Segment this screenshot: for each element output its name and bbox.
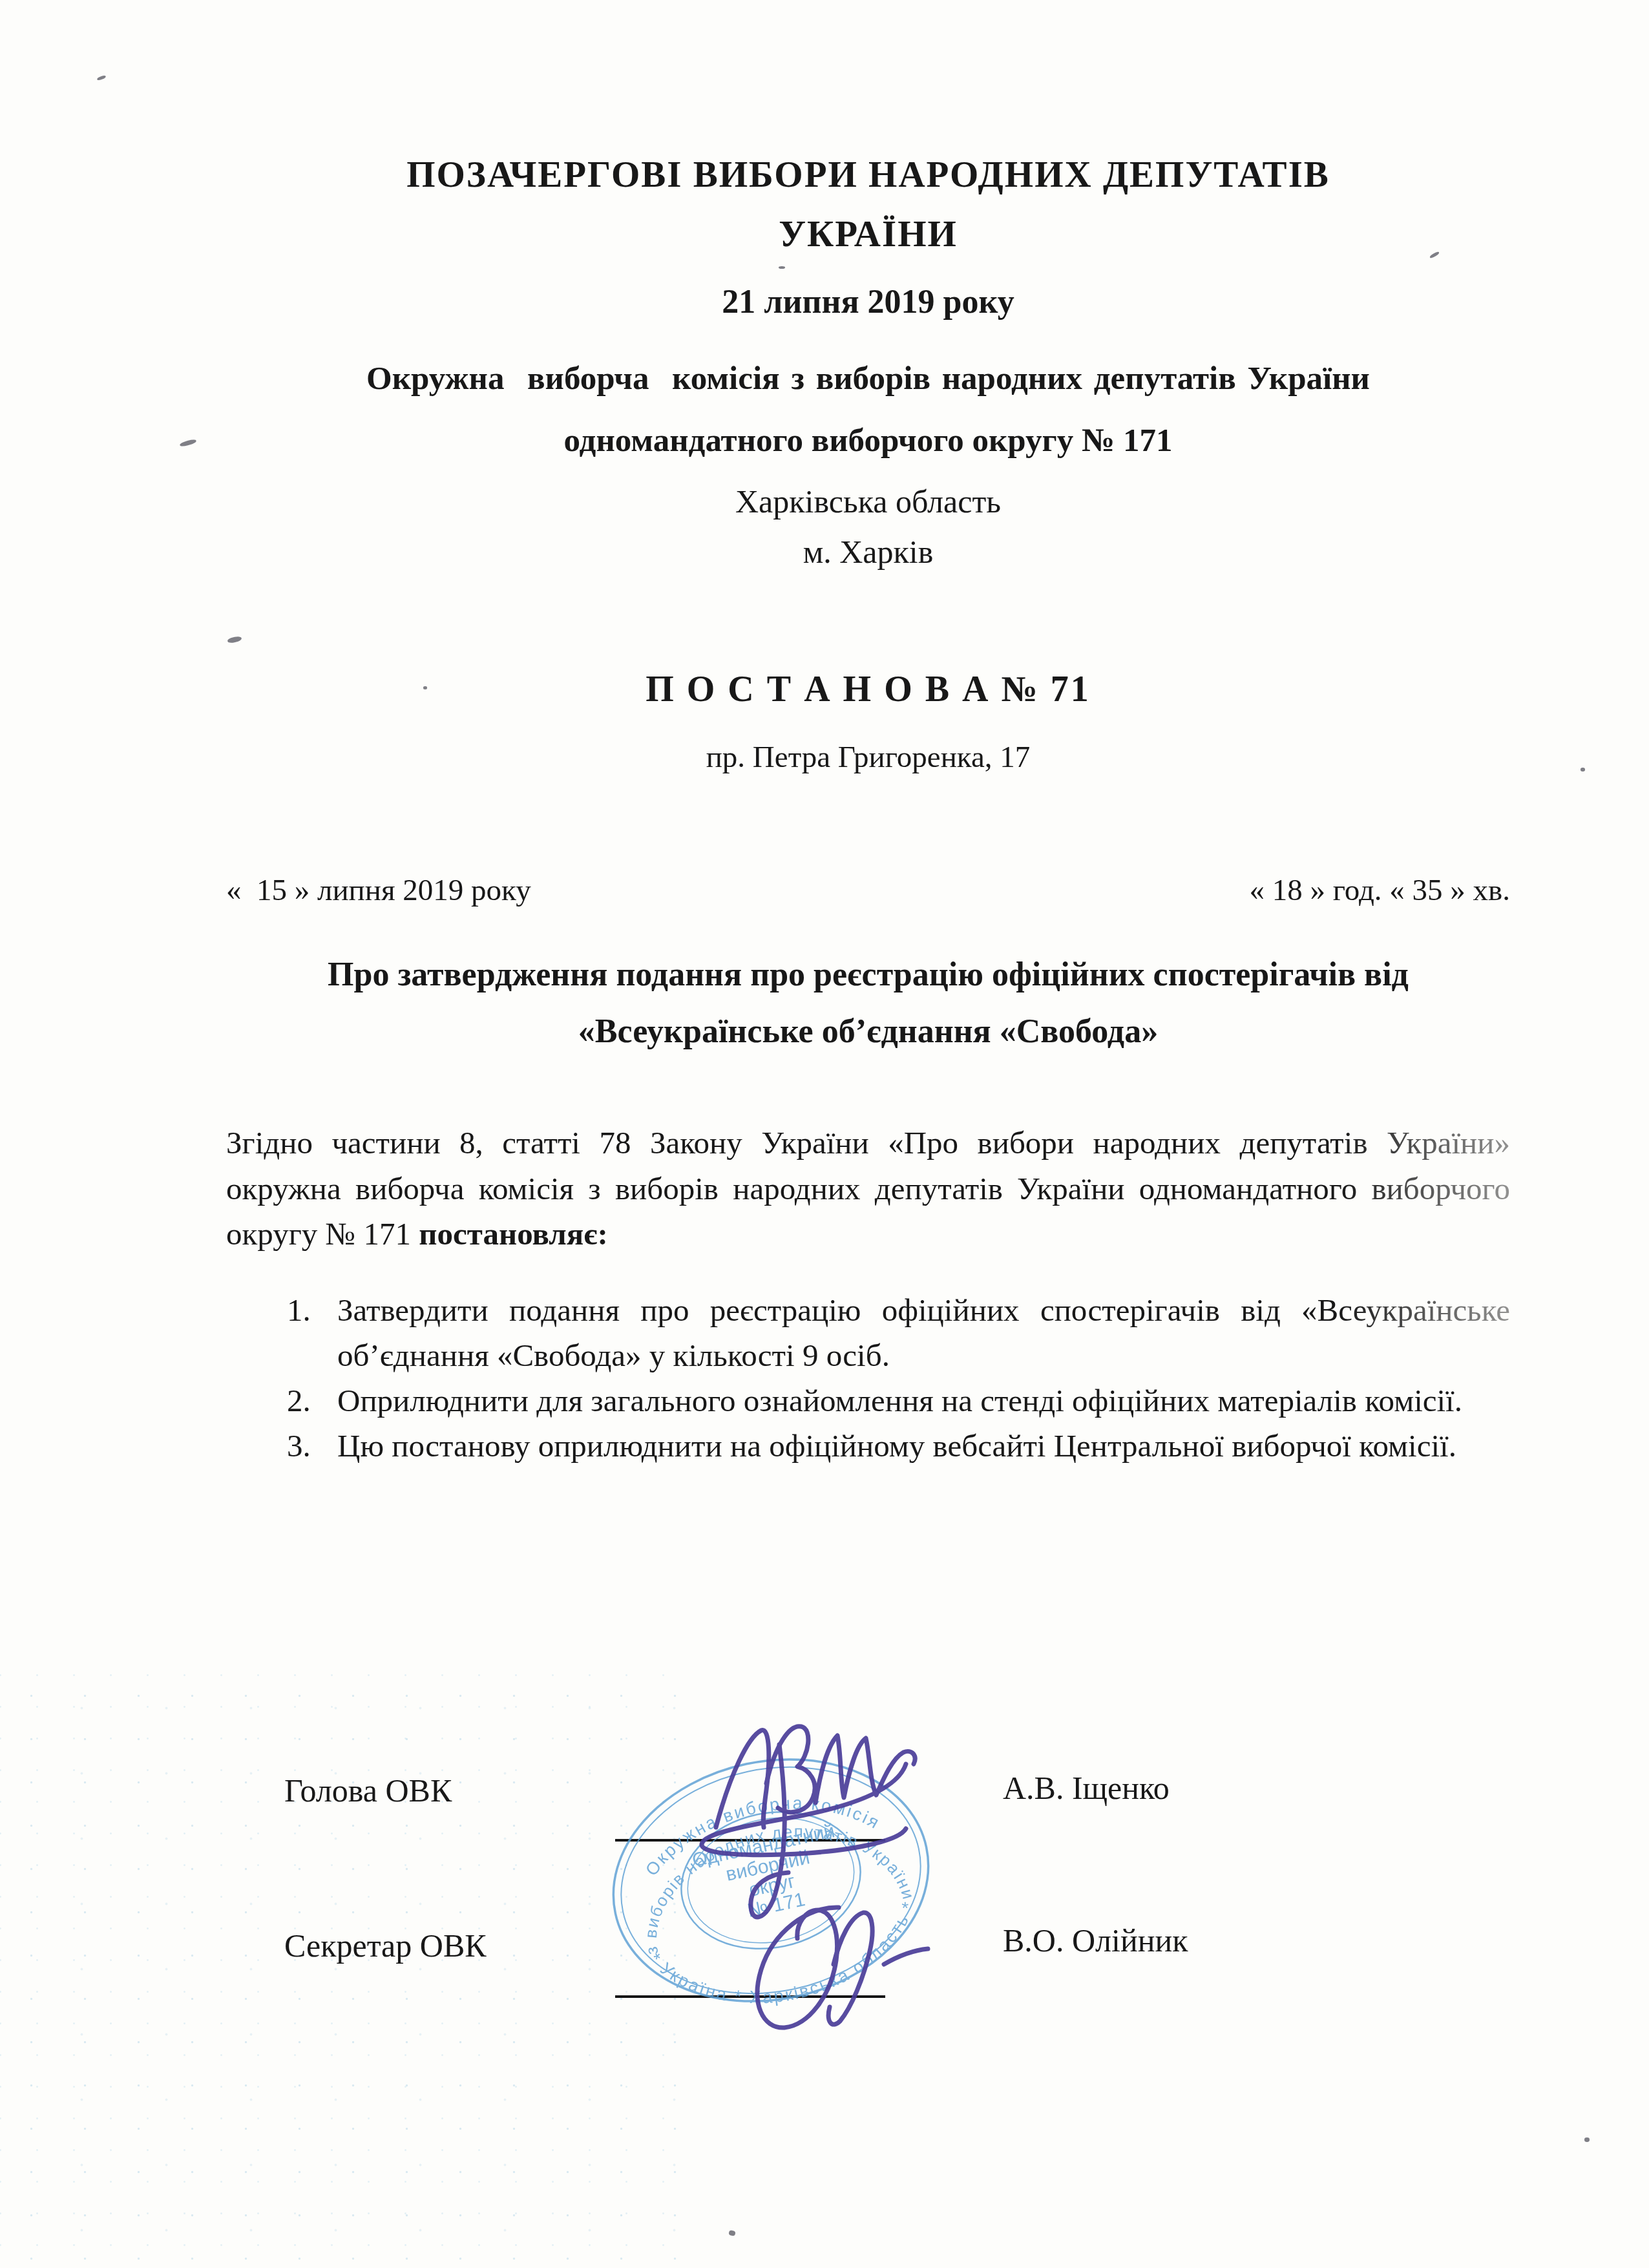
scan-speckle [180,439,197,447]
resolution-date: « 15 » липня 2019 року [226,873,531,908]
secretary-signature-stroke [884,1949,928,1964]
signatory-name-head: А.В. Іщенко [1003,1769,1170,1807]
main-heading-line2: УКРАЇНИ [226,205,1510,264]
scan-speckle [97,75,107,81]
list-item-number: 1. [287,1288,311,1333]
list-item-number: 2. [287,1378,311,1423]
scan-noise-wash [0,1667,678,2268]
signatory-role-head: Голова ОВК [284,1772,452,1809]
resolution-subject-line2: «Всеукраїнське об’єднання «Свобода» [226,1003,1510,1060]
signatory-name-secretary: В.О. Олійник [1003,1922,1188,1959]
commission-address: пр. Петра Григоренка, 17 [226,740,1510,775]
scan-speckle [1584,2137,1590,2142]
scan-speckle [1581,768,1585,772]
list-item-text: Цю постанову оприлюднити на офіційному в… [337,1428,1456,1464]
resolution-items-list: 1. Затвердити подання про реєстрацію офі… [226,1288,1510,1469]
main-heading-line1: ПОЗАЧЕРГОВІ ВИБОРИ НАРОДНИХ ДЕПУТАТІВ [226,145,1510,205]
region-name: Харківська область [226,483,1510,520]
resolution-subject: Про затвердження подання про реєстрацію … [226,947,1510,1061]
signature-ink [678,1693,950,2055]
list-item: 3. Цю постанову оприлюднити на офіційном… [226,1423,1510,1469]
head-signature-stroke [716,1730,769,1827]
list-item: 1. Затвердити подання про реєстрацію офі… [226,1288,1510,1378]
list-item-text: Оприлюднити для загального ознайомлення … [337,1383,1462,1418]
head-signature-stroke [766,1727,815,1812]
commission-name-line2: одномандатного виборчого округу № 171 [226,422,1510,459]
election-date: 21 липня 2019 року [226,283,1510,321]
resolution-number-title: П О С Т А Н О В А № 71 [226,669,1510,710]
resolution-preamble: Згідно частини 8, статті 78 Закону Украї… [226,1120,1510,1256]
date-time-line: « 15 » липня 2019 року « 18 » год. « 35 … [226,873,1510,908]
secretary-signature-stroke [757,1907,839,2028]
scanned-resolution-page: ПОЗАЧЕРГОВІ ВИБОРИ НАРОДНИХ ДЕПУТАТІВ УК… [0,0,1649,2268]
list-item-number: 3. [287,1423,311,1469]
scan-speckle [728,2230,735,2236]
city-name: м. Харків [226,533,1510,571]
main-heading: ПОЗАЧЕРГОВІ ВИБОРИ НАРОДНИХ ДЕПУТАТІВ УК… [226,145,1510,265]
preamble-resolves-word: постановляє: [419,1216,607,1252]
resolution-time: « 18 » год. « 35 » хв. [1249,873,1510,908]
commission-name-line1: Окружна виборча комісія з виборів народн… [226,360,1510,397]
resolution-subject-line1: Про затвердження подання про реєстрацію … [226,947,1510,1003]
signatory-role-secretary: Секретар ОВК [284,1927,487,1964]
list-item-text: Затвердити подання про реєстрацію офіцій… [337,1292,1510,1373]
head-signature-stroke [815,1736,915,1803]
list-item: 2. Оприлюднити для загального ознайомлен… [226,1378,1510,1423]
document-body: ПОЗАЧЕРГОВІ ВИБОРИ НАРОДНИХ ДЕПУТАТІВ УК… [226,0,1510,1469]
